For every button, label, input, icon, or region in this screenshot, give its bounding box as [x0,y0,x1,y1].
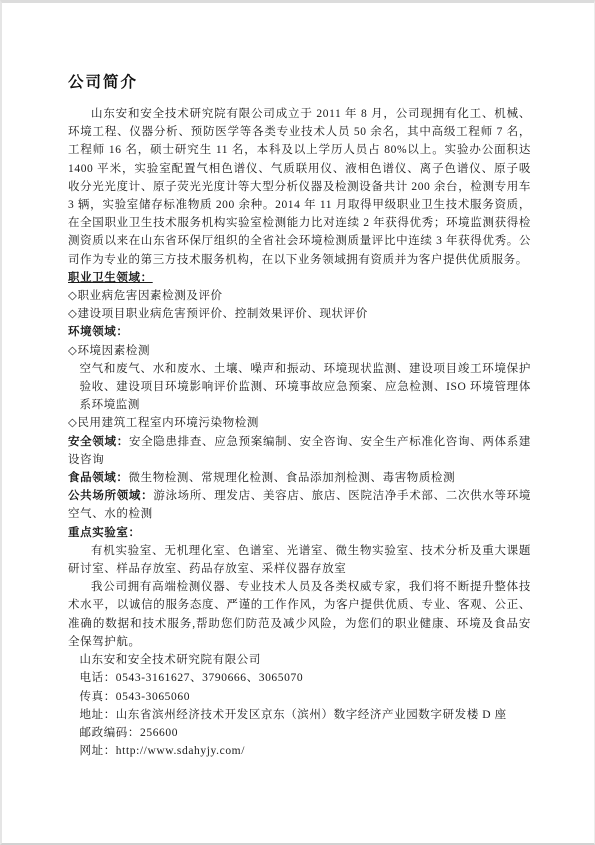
page-title: 公司简介 [68,73,531,93]
section-heading-key-labs: 重点实验室： [68,524,531,542]
intro-paragraph: 山东安和安全技术研究院有限公司成立于 2011 年 8 月，公司现拥有化工、机械… [68,105,531,269]
contact-company: 山东安和安全技术研究院有限公司 [68,651,531,669]
safety-paragraph: 安全领域：安全隐患排查、应急预案编制、安全咨询、安全生产标准化咨询、两体系建设咨… [68,433,531,469]
public-places-paragraph: 公共场所领域：游泳场所、理发店、美容店、旅店、医院洁净手术部、二次供水等环境空气… [68,487,531,523]
environment-detail: 空气和废气、水和废水、土壤、噪声和振动、环境现状监测、建设项目竣工环境保护验收、… [68,360,531,415]
safety-text: 安全隐患排查、应急预案编制、安全咨询、安全生产标准化咨询、两体系建设咨询 [68,436,531,466]
contact-website: 网址：http://www.sdahyjy.com/ [68,742,531,760]
food-text: 微生物检测、常规理化检测、食品添加剂检测、毒害物质检测 [129,472,456,484]
section-label-public-places: 公共场所领域： [68,490,153,502]
closing-paragraph: 我公司拥有高端检测仪器、专业技术人员及各类权威专家，我们将不断提升整体技术水平，… [68,578,531,651]
environment-item-factor: ◇环境因素检测 [68,342,531,360]
section-label-safety: 安全领域： [68,436,129,448]
key-labs-paragraph: 有机实验室、无机理化室、色谱室、光谱室、微生物实验室、技术分析及重大课题研讨室、… [68,542,531,578]
section-heading-occupational-health: 职业卫生领域： [68,269,531,287]
contact-block: 山东安和安全技术研究院有限公司 电话：0543-3161627、3790666、… [68,651,531,760]
contact-phone: 电话：0543-3161627、3790666、3065070 [68,669,531,687]
contact-fax: 传真：0543-3065060 [68,688,531,706]
contact-address: 地址：山东省滨州经济技术开发区京东（滨州）数字经济产业园数字研发楼 D 座 [68,706,531,724]
section-label-food: 食品领域： [68,472,129,484]
occupational-item-2: ◇建设项目职业病危害预评价、控制效果评价、现状评价 [68,305,531,323]
document-page: 公司简介 山东安和安全技术研究院有限公司成立于 2011 年 8 月，公司现拥有… [0,0,595,845]
occupational-item-1: ◇职业病危害因素检测及评价 [68,287,531,305]
contact-postcode: 邮政编码：256600 [68,724,531,742]
section-heading-environment: 环境领域： [68,323,531,341]
document-content: 公司简介 山东安和安全技术研究院有限公司成立于 2011 年 8 月，公司现拥有… [2,3,594,760]
food-paragraph: 食品领域：微生物检测、常规理化检测、食品添加剂检测、毒害物质检测 [68,469,531,487]
environment-item-civil: ◇民用建筑工程室内环境污染物检测 [68,414,531,432]
